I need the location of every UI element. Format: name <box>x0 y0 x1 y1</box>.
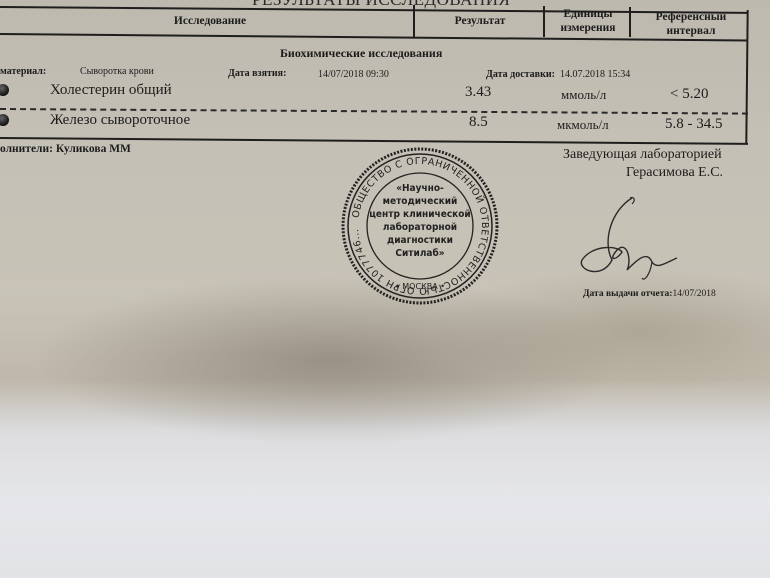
stamp-line: «Научно- <box>340 182 500 195</box>
head-title: Заведующая лабораторией <box>563 147 722 163</box>
column-divider <box>413 5 415 37</box>
row-2-units: мкмоль/л <box>557 117 609 133</box>
row-2-name: Железо сывороточное <box>50 112 190 129</box>
stamp-line: лабораторной <box>340 221 500 234</box>
material-value: Сыворотка крови <box>80 66 154 77</box>
material-label: материал: <box>0 66 46 77</box>
header-study: Исследование <box>150 14 270 28</box>
row-1-units: ммоль/л <box>561 87 606 103</box>
header-ref-line2: интервал <box>636 24 746 38</box>
stamp-line: диагностики <box>340 234 500 247</box>
delivered-label: Дата доставки: <box>486 69 555 80</box>
delivered-value: 14.07.2018 15:34 <box>560 69 630 80</box>
row-1-result: 3.43 <box>465 84 491 101</box>
stamp-line: Ситилаб» <box>340 247 500 260</box>
header-units-line1: Единицы <box>546 7 630 21</box>
column-divider <box>543 6 545 37</box>
collected-label: Дата взятия: <box>228 68 286 79</box>
header-units-line2: измерения <box>546 21 630 35</box>
row-1-reference: < 5.20 <box>670 86 708 103</box>
row-2-reference: 5.8 - 34.5 <box>665 116 723 133</box>
stamp-seal-icon: ОБЩЕСТВО С ОГРАНИЧЕННОЙ ОТВЕТСТВЕННОСТЬЮ… <box>340 146 500 306</box>
header-ref-line1: Референсный <box>636 10 746 24</box>
signature-icon <box>572 190 682 290</box>
stamp-line: методический <box>340 195 500 208</box>
issue-date-label: Дата выдачи отчета: <box>583 289 672 299</box>
collected-value: 14/07/2018 09:30 <box>318 69 389 80</box>
row-2-result: 8.5 <box>469 114 488 131</box>
header-reference: Референсный интервал <box>636 10 746 38</box>
performers: олнители: Куликова ММ <box>0 143 131 155</box>
header-result: Результат <box>440 14 520 28</box>
header-units: Единицы измерения <box>546 7 630 35</box>
head-name: Герасимова Е.С. <box>626 165 723 181</box>
section-title: Биохимические исследования <box>280 46 442 61</box>
issue-date: Дата выдачи отчета:14/07/2018 <box>583 289 716 299</box>
stamp-line: центр клинической <box>340 208 500 221</box>
stamp-city: • МОСКВА • <box>340 282 500 291</box>
issue-date-value: 14/07/2018 <box>672 289 715 299</box>
row-1-name: Холестерин общий <box>50 82 172 99</box>
